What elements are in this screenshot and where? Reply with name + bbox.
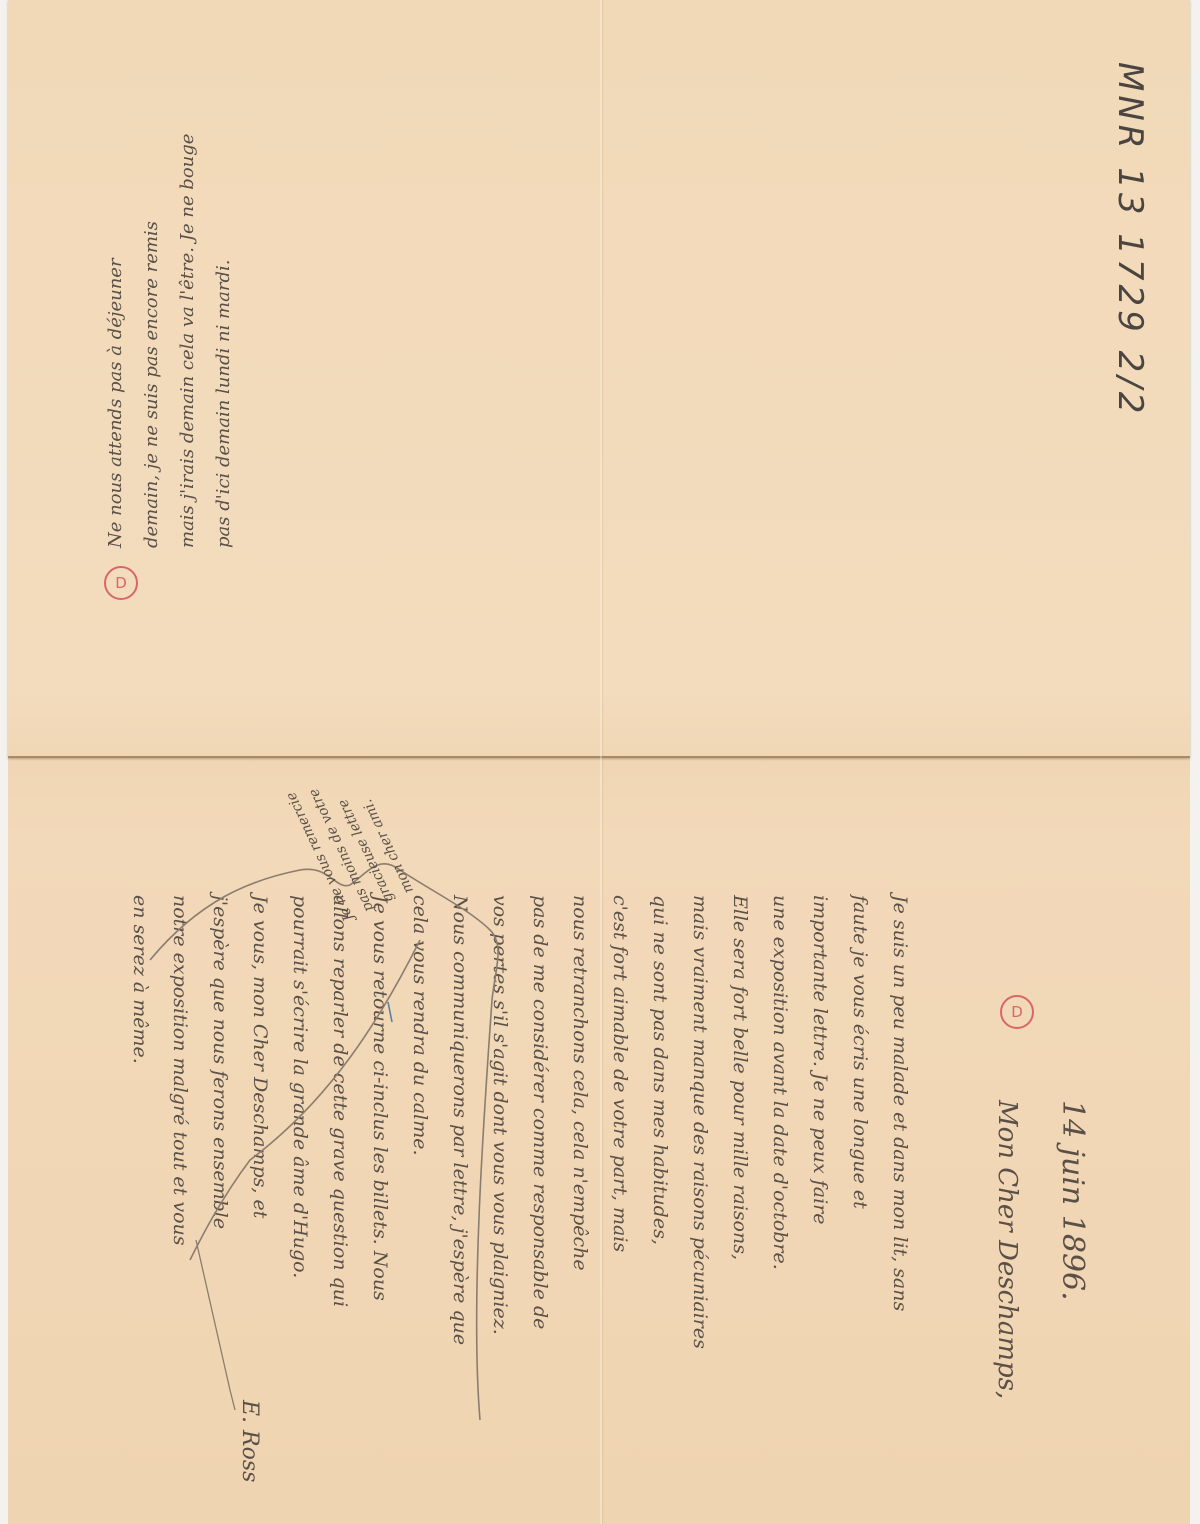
margin-bubble-outline: [0, 0, 1200, 1524]
blue-pencil-mark: [388, 1002, 392, 1022]
